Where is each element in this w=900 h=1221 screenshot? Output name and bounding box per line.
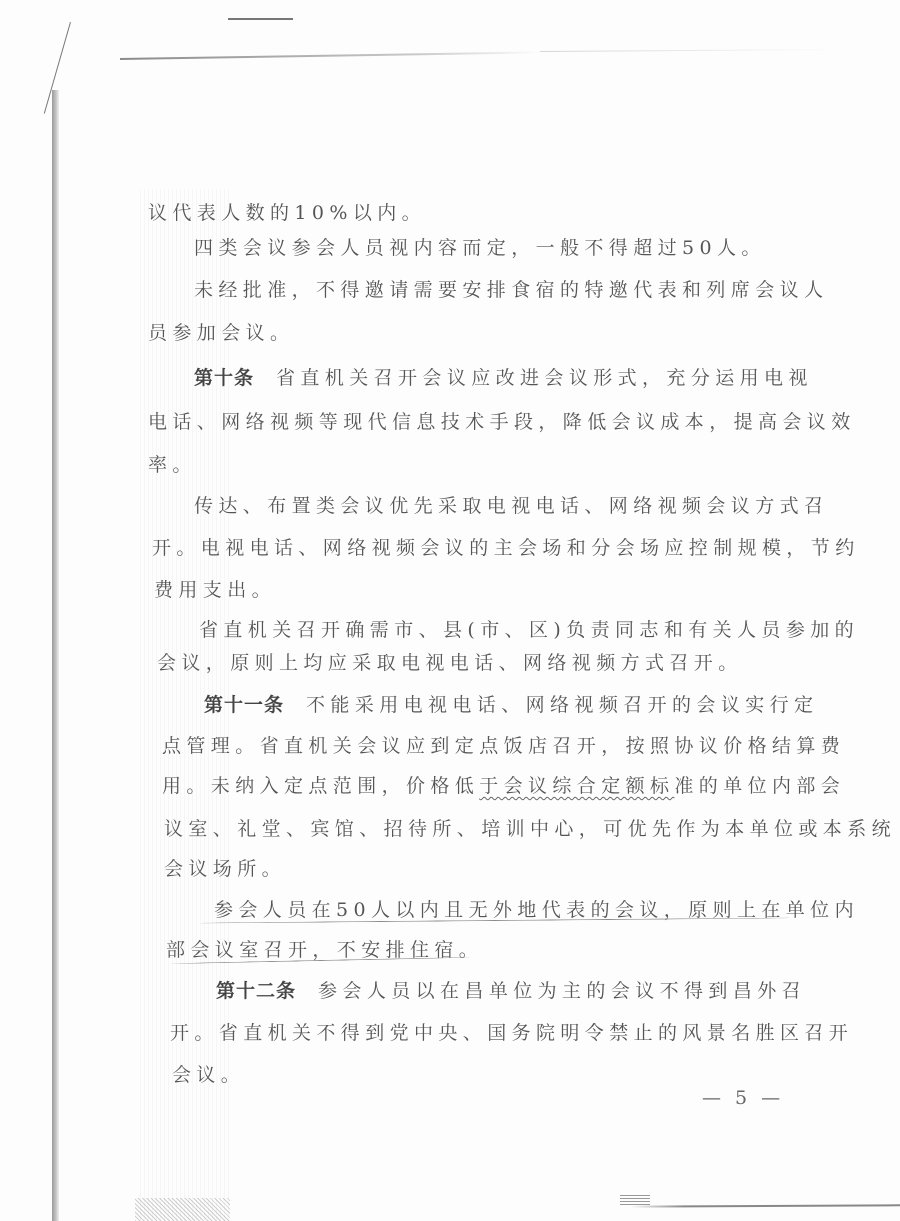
article-text: 参会人员以在昌单位为主的会议不得到昌外召 — [318, 980, 806, 1002]
scan-page-edge-bottom — [630, 1204, 900, 1207]
article-text: 省直机关召开会议应改进会议形式，充分运用电视 — [276, 367, 813, 389]
scan-page-edge-left — [52, 90, 59, 1221]
scan-bottom-marks — [620, 1195, 650, 1205]
scan-noise-bottom — [135, 1198, 230, 1221]
text-line: 会议场所。 — [164, 857, 286, 881]
article-10-line: 第十条省直机关召开会议应改进会议形式，充分运用电视 — [194, 366, 813, 390]
text-line: 议室、礼堂、宾馆、招待所、培训中心，可优先作为本单位或本系统 — [164, 817, 896, 841]
text-line: 率。 — [148, 453, 197, 477]
scan-page-edge-top-faint — [540, 49, 840, 52]
article-text: 不能采用电视电话、网络视频召开的会议实行定 — [306, 694, 818, 716]
page-number: — 5 — — [702, 1087, 784, 1109]
article-heading: 第十二条 — [216, 980, 296, 1002]
text-line: 议代表人数的10%以内。 — [148, 201, 426, 225]
wavy-underlined-text: 于会议综合定额标 — [479, 775, 674, 797]
text-line: 省直机关召开确需市、县(市、区)负责同志和有关人员参加的 — [199, 618, 859, 642]
text-line: 参会人员在50人以内且无外地代表的会议，原则上在单位内 — [214, 898, 859, 922]
article-heading: 第十一条 — [204, 694, 284, 716]
text-line: 开。省直机关不得到党中央、国务院明令禁止的风景名胜区召开 — [170, 1021, 853, 1045]
text-line: 点管理。省直机关会议应到定点饭店召开，按照协议价格结算费 — [162, 734, 845, 758]
text-line: 未经批准，不得邀请需要安排食宿的特邀代表和列席会议人 — [194, 278, 828, 302]
text-line: 会议。 — [172, 1063, 245, 1087]
text-line: 费用支出。 — [154, 578, 276, 602]
text-line: 四类会议参会人员视内容而定，一般不得超过50人。 — [194, 236, 766, 260]
article-12-line: 第十二条参会人员以在昌单位为主的会议不得到昌外召 — [216, 979, 806, 1003]
scan-page-edge-top — [120, 51, 540, 60]
scan-artifact-top-dash — [228, 18, 293, 20]
text-line: 员参加会议。 — [148, 321, 294, 345]
text-line-with-wavy-underline: 用。未纳入定点范围，价格低于会议综合定额标准的单位内部会 — [162, 774, 845, 798]
text-line: 会议，原则上均应采取电视电话、网络视频方式召开。 — [157, 651, 743, 675]
text-segment: 准的单位内部会 — [674, 775, 845, 797]
text-line: 电话、网络视频等现代信息技术手段，降低会议成本，提高会议效 — [148, 410, 856, 434]
text-line: 传达、布置类会议优先采取电视电话、网络视频会议方式召 — [194, 494, 828, 518]
article-heading: 第十条 — [194, 367, 254, 389]
text-segment: 用。未纳入定点范围，价格低 — [162, 775, 479, 797]
text-line: 开。电视电话、网络视频会议的主会场和分会场应控制规模，节约 — [152, 536, 860, 560]
article-11-line: 第十一条不能采用电视电话、网络视频召开的会议实行定 — [204, 693, 818, 717]
